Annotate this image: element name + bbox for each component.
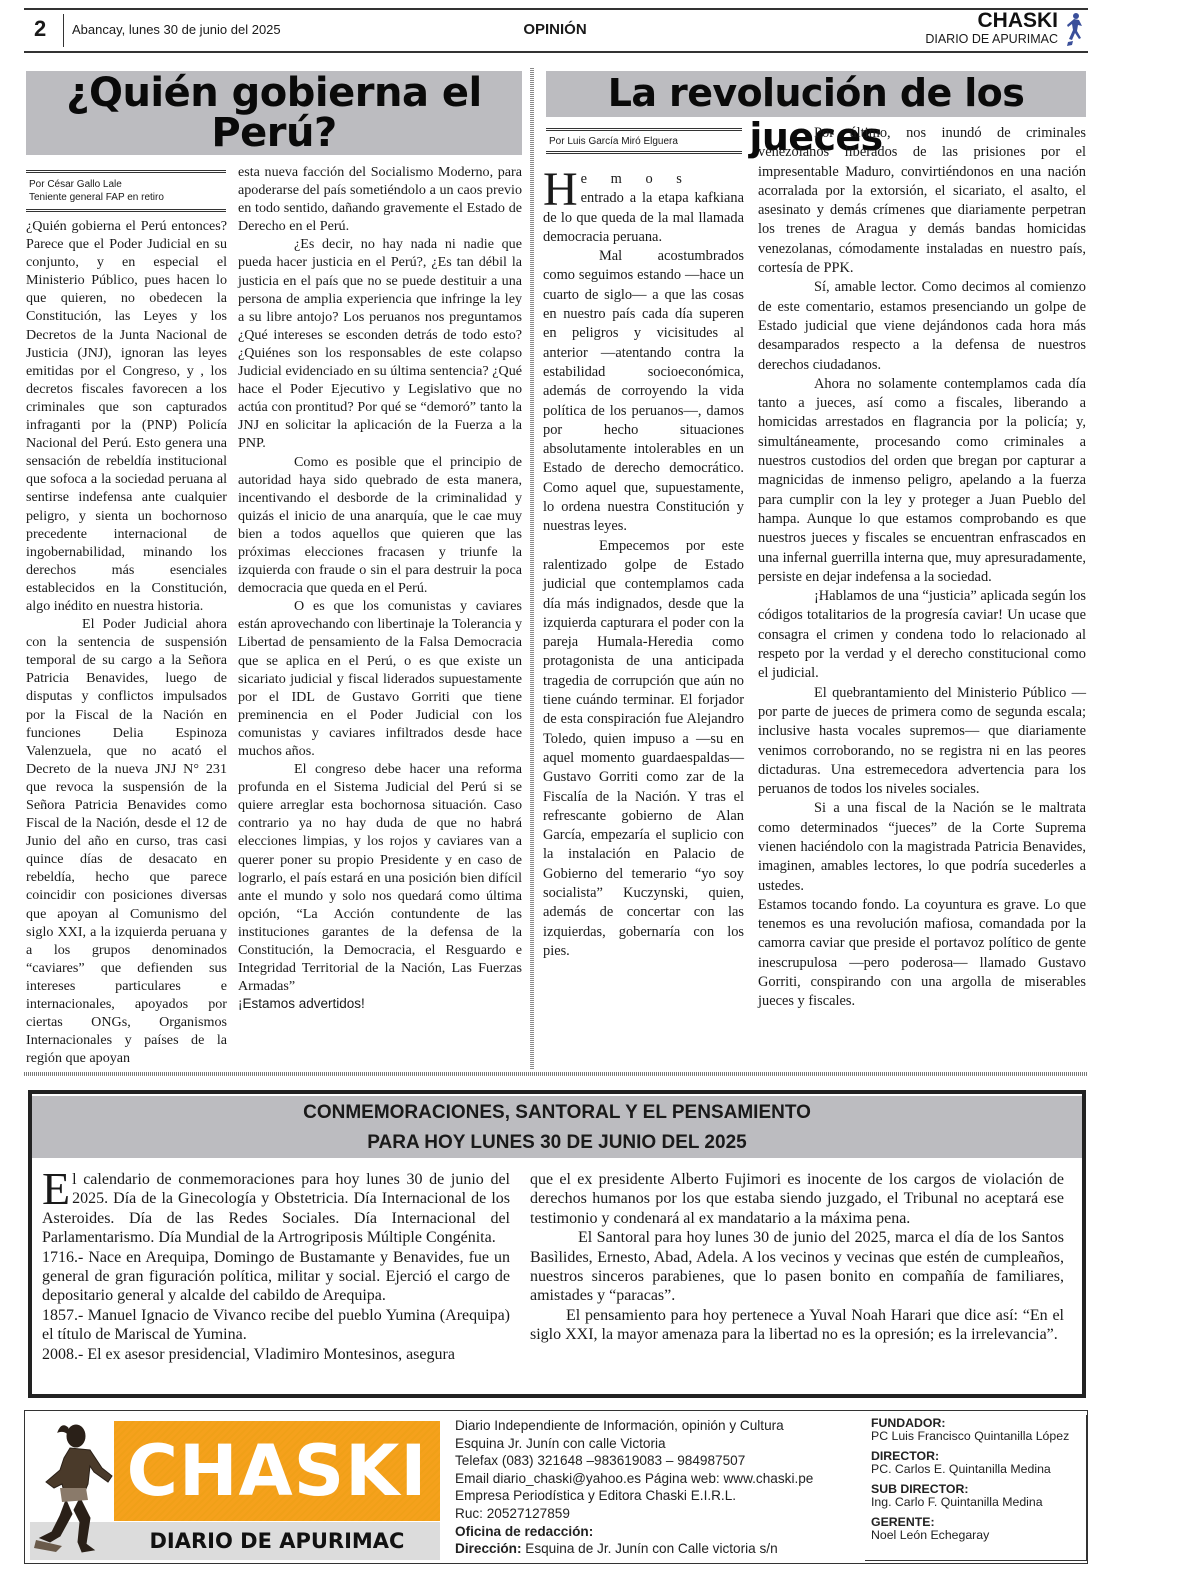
first-word: e m o s xyxy=(581,171,692,187)
ruc: Ruc: 20527127859 xyxy=(455,1505,813,1523)
box-left-column: El calendario de conmemoraciones para ho… xyxy=(42,1170,510,1364)
section-separator xyxy=(24,1072,1088,1076)
santoral-paragraph: El Santoral para hoy lunes 30 de junio d… xyxy=(530,1228,1064,1306)
address: Esquina Jr. Junín con calle Victoria xyxy=(455,1435,813,1453)
paragraph: ¿Es decir, no hay nada ni nadie que pued… xyxy=(238,235,522,452)
staff-list: FUNDADOR: PC Luis Francisco Quintanilla … xyxy=(865,1415,1087,1561)
paragraph: Empecemos por este ralentizado golpe de … xyxy=(543,537,744,962)
staff-name: PC. Carlos E. Quintanilla Medina xyxy=(871,1463,1080,1476)
paragraph: El quebrantamiento del Ministerio Públic… xyxy=(758,684,1086,800)
byline-author: Por César Gallo Lale xyxy=(29,178,223,191)
paragraph: Como es posible que el principio de auto… xyxy=(238,453,522,598)
article1-byline: Por César Gallo Lale Teniente general FA… xyxy=(26,170,226,212)
article2-column2: Por último, nos inundó de criminales ven… xyxy=(758,124,1086,1012)
article1-column2: esta nueva facción del Socialismo Modern… xyxy=(238,163,522,1013)
brand-subtitle: DIARIO DE APURIMAC xyxy=(925,32,1058,46)
event-2008: 2008.- El ex asesor presidencial, Vladim… xyxy=(42,1345,510,1364)
closing-line: ¡Estamos advertidos! xyxy=(238,995,522,1013)
runner-logo-icon xyxy=(1064,12,1086,48)
paragraph: ¡Hablamos de una “justicia” aplicada seg… xyxy=(758,587,1086,683)
paragraph: ¿Quién gobierna el Perú entonces? Parece… xyxy=(26,217,227,615)
chaski-runner-illustration-icon xyxy=(32,1418,116,1560)
event-1716: 1716.- Nace en Arequipa, Domingo de Bust… xyxy=(42,1248,510,1306)
paragraph-text: l calendario de conmemoraciones para hoy… xyxy=(42,1171,510,1246)
page-number: 2 xyxy=(34,16,46,42)
paragraph: que el ex presidente Alberto Fujimori es… xyxy=(530,1170,1064,1228)
paragraph: He m o sentrado a la etapa kafkiana de l… xyxy=(543,170,744,247)
section-label: OPINIÓN xyxy=(500,21,610,38)
pensamiento-paragraph: El pensamiento para hoy pertenece a Yuva… xyxy=(530,1306,1064,1345)
event-1857: 1857.- Manuel Ignacio de Vivanco recibe … xyxy=(42,1306,510,1345)
office-address: Dirección: Esquina de Jr. Junín con Call… xyxy=(455,1540,813,1558)
paragraph: O es que los comunistas y caviares están… xyxy=(238,597,522,760)
paragraph: Mal acostumbrados como seguimos estando … xyxy=(543,247,744,536)
staff-name: PC Luis Francisco Quintanilla López xyxy=(871,1430,1080,1443)
column-divider xyxy=(530,68,534,1070)
footer-contact-info: Diario Independiente de Información, opi… xyxy=(455,1417,813,1558)
article1-column1: ¿Quién gobierna el Perú entonces? Parece… xyxy=(26,217,227,1067)
drop-cap: E xyxy=(42,1172,70,1206)
footer-logo-text: CHASKI xyxy=(114,1421,440,1521)
paragraph: El Poder Judicial ahora con la sentencia… xyxy=(26,615,227,1067)
tagline: Diario Independiente de Información, opi… xyxy=(455,1417,813,1435)
header-divider xyxy=(63,14,64,47)
drop-cap: H xyxy=(543,172,578,208)
address-label: Dirección: xyxy=(455,1541,521,1556)
paragraph: esta nueva facción del Socialismo Modern… xyxy=(238,163,522,235)
company: Empresa Periodística y Editora Chaski E.… xyxy=(455,1487,813,1505)
paragraph: Ahora no solamente contemplamos cada día… xyxy=(758,375,1086,587)
header-bottom-rule xyxy=(24,51,1088,53)
paragraph: Por último, nos inundó de criminales ven… xyxy=(758,124,1086,278)
brand-name: CHASKI xyxy=(925,10,1058,32)
paragraph: El calendario de conmemoraciones para ho… xyxy=(42,1170,510,1248)
paragraph: El congreso debe hacer una reforma profu… xyxy=(238,760,522,995)
issue-date: Abancay, lunes 30 de junio del 2025 xyxy=(72,22,281,37)
email-web: Email diario_chaski@yahoo.es Página web:… xyxy=(455,1470,813,1488)
staff-name: Ing. Carlo F. Quintanilla Medina xyxy=(871,1496,1080,1509)
box-title-line2: PARA HOY LUNES 30 DE JUNIO DEL 2025 xyxy=(32,1128,1082,1158)
box-right-column: que el ex presidente Alberto Fujimori es… xyxy=(530,1170,1064,1345)
office-label: Oficina de redacción: xyxy=(455,1524,593,1539)
paragraph: Si a una fiscal de la Nación se le maltr… xyxy=(758,799,1086,895)
phones: Telefax (083) 321648 –983619083 – 984987… xyxy=(455,1452,813,1470)
article1-title: ¿Quién gobierna el Perú? xyxy=(26,71,522,155)
paragraph: Sí, amable lector. Como decimos al comie… xyxy=(758,278,1086,374)
byline-role: Teniente general FAP en retiro xyxy=(29,191,223,204)
paragraph: Estamos tocando fondo. La coyuntura es g… xyxy=(758,896,1086,1012)
address-value: Esquina de Jr. Junín con Calle victoria … xyxy=(521,1541,777,1556)
article2-title: La revolución de los jueces xyxy=(546,71,1086,117)
box-title: CONMEMORACIONES, SANTORAL Y EL PENSAMIEN… xyxy=(32,1096,1082,1158)
masthead-brand: CHASKI DIARIO DE APURIMAC xyxy=(925,10,1058,46)
article2-column1: He m o sentrado a la etapa kafkiana de l… xyxy=(543,170,744,961)
staff-name: Noel León Echegaray xyxy=(871,1529,1080,1542)
box-title-line1: CONMEMORACIONES, SANTORAL Y EL PENSAMIEN… xyxy=(32,1098,1082,1128)
footer-logo-subtitle: DIARIO DE APURIMAC xyxy=(114,1524,440,1558)
article2-byline: Por Luis García Miró Elguera xyxy=(546,128,742,154)
